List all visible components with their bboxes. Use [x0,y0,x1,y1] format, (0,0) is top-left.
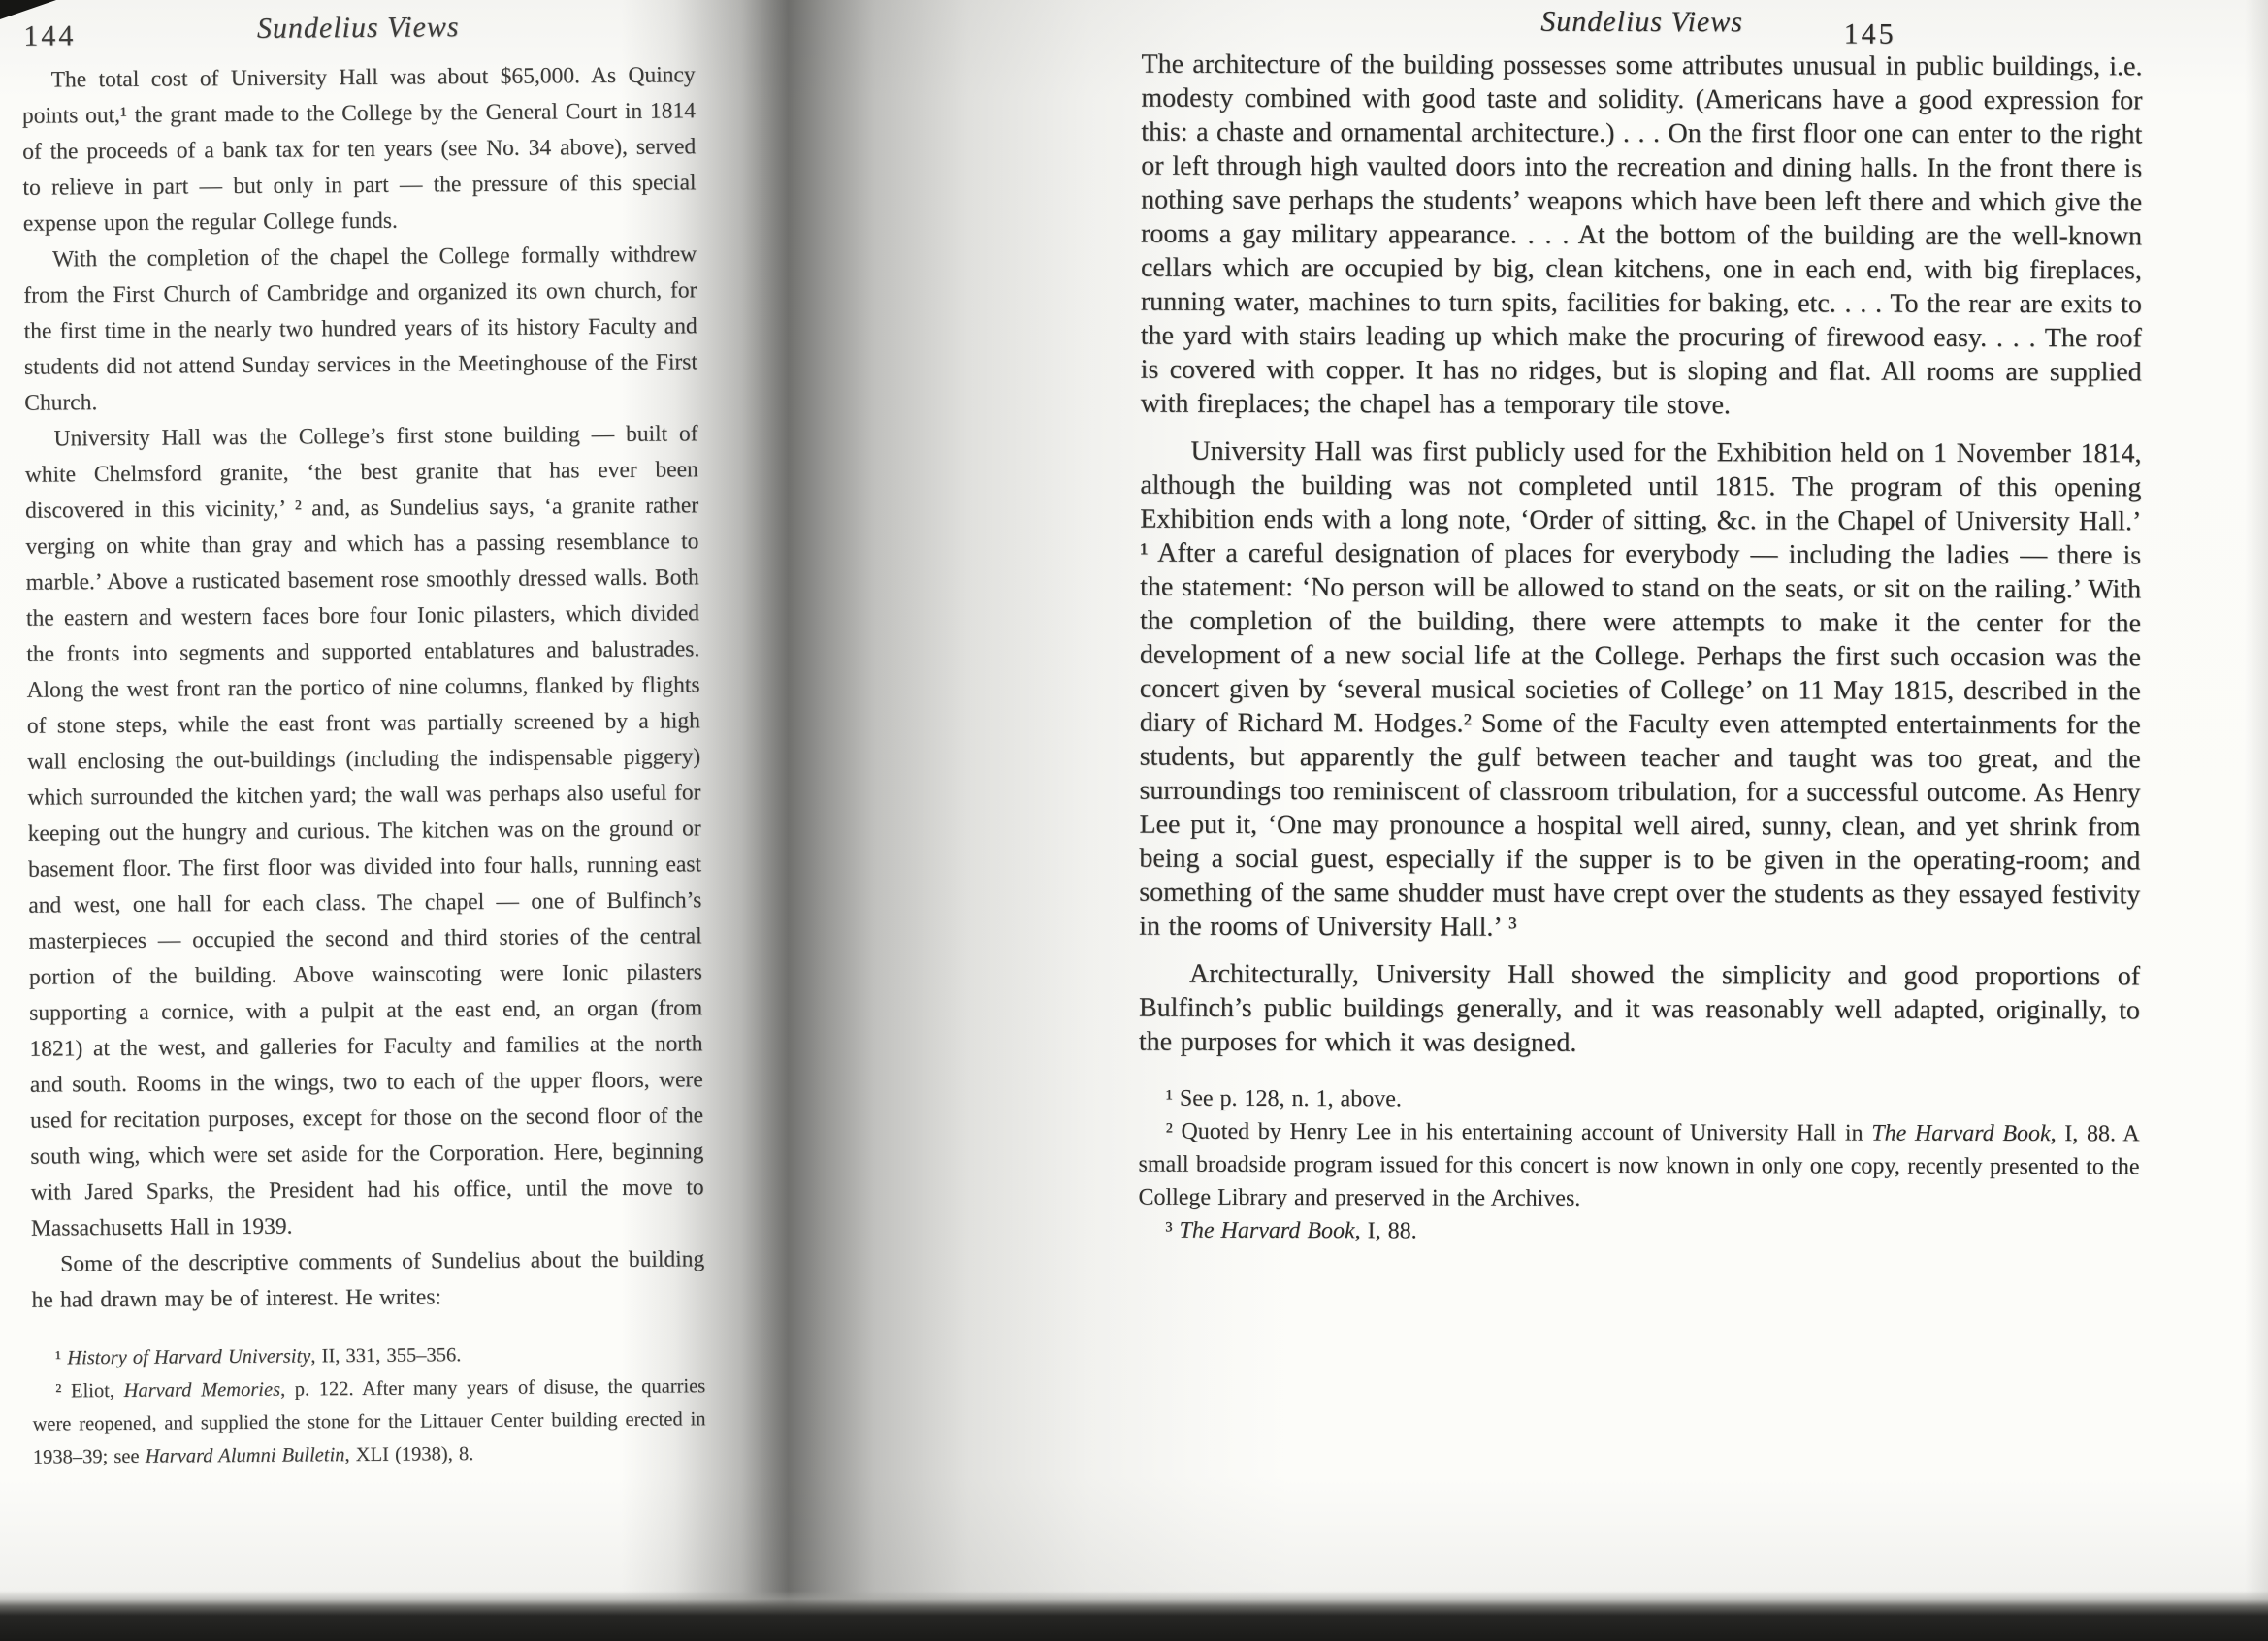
page-144: 144 Sundelius Views The total cost of Un… [21,9,706,1473]
footnote-segment: ² Quoted by Henry Lee in his entertainin… [1166,1119,1872,1146]
running-head-right: Sundelius Views [1142,5,2143,41]
footnotes-right: ¹ See p. 128, n. 1, above. ² Quoted by H… [1138,1082,2139,1250]
scan-corner-artifact [0,0,56,19]
footnote-segment: , I, 88. [1355,1218,1417,1243]
scan-right-edge [2245,0,2268,1641]
paragraph-cost-of-hall: The total cost of University Hall was ab… [21,57,696,241]
footnote-segment: ³ [1165,1218,1179,1243]
footnote-1-left: ¹ History of Harvard University, II, 331… [32,1336,705,1374]
footnote-segment: Harvard Memories [124,1379,281,1401]
footnote-1-right: ¹ See p. 128, n. 1, above. [1139,1082,2140,1118]
paragraph-first-use: University Hall was first publicly used … [1139,434,2141,947]
page-number-right: 145 [1844,18,1896,51]
paragraph-architecturally: Architecturally, University Hall showed … [1139,957,2140,1062]
footnote-segment: , II, 331, 355–356. [310,1344,461,1367]
page-145: Sundelius Views 145 The architecture of … [1138,5,2142,1250]
footnotes-left: ¹ History of Harvard University, II, 331… [32,1336,706,1473]
footnote-segment: The Harvard Book [1871,1121,2050,1146]
running-head-left: Sundelius Views [21,9,695,47]
footnote-segment: ¹ [55,1347,67,1368]
paragraph-building-description: University Hall was the College’s first … [24,416,704,1246]
paragraph-sundelius-quote: The architecture of the building possess… [1141,48,2143,424]
footnote-2-right: ² Quoted by Henry Lee in his entertainin… [1138,1115,2139,1217]
footnote-segment: ¹ See p. 128, n. 1, above. [1166,1086,1402,1112]
scan-bottom-edge [0,1591,2268,1641]
footnote-segment: Harvard Alumni Bulletin [146,1444,345,1467]
page-header-right: Sundelius Views 145 [1142,5,2143,50]
footnote-2-left: ² Eliot, Harvard Memories, p. 122. After… [32,1369,706,1473]
paragraph-sundelius-intro: Some of the descriptive comments of Sund… [31,1241,705,1318]
footnote-segment: History of Harvard University [67,1345,310,1368]
footnote-segment: , XLI (1938), 8. [344,1443,473,1465]
paragraph-chapel-completion: With the completion of the chapel the Co… [23,237,697,421]
footnote-segment: ² Eliot, [55,1380,124,1402]
page-header-left: 144 Sundelius Views [21,9,695,62]
footnote-3-right: ³ The Harvard Book, I, 88. [1138,1214,2139,1250]
footnote-segment: The Harvard Book [1180,1218,1355,1243]
book-spread: 144 Sundelius Views The total cost of Un… [0,0,2268,1641]
